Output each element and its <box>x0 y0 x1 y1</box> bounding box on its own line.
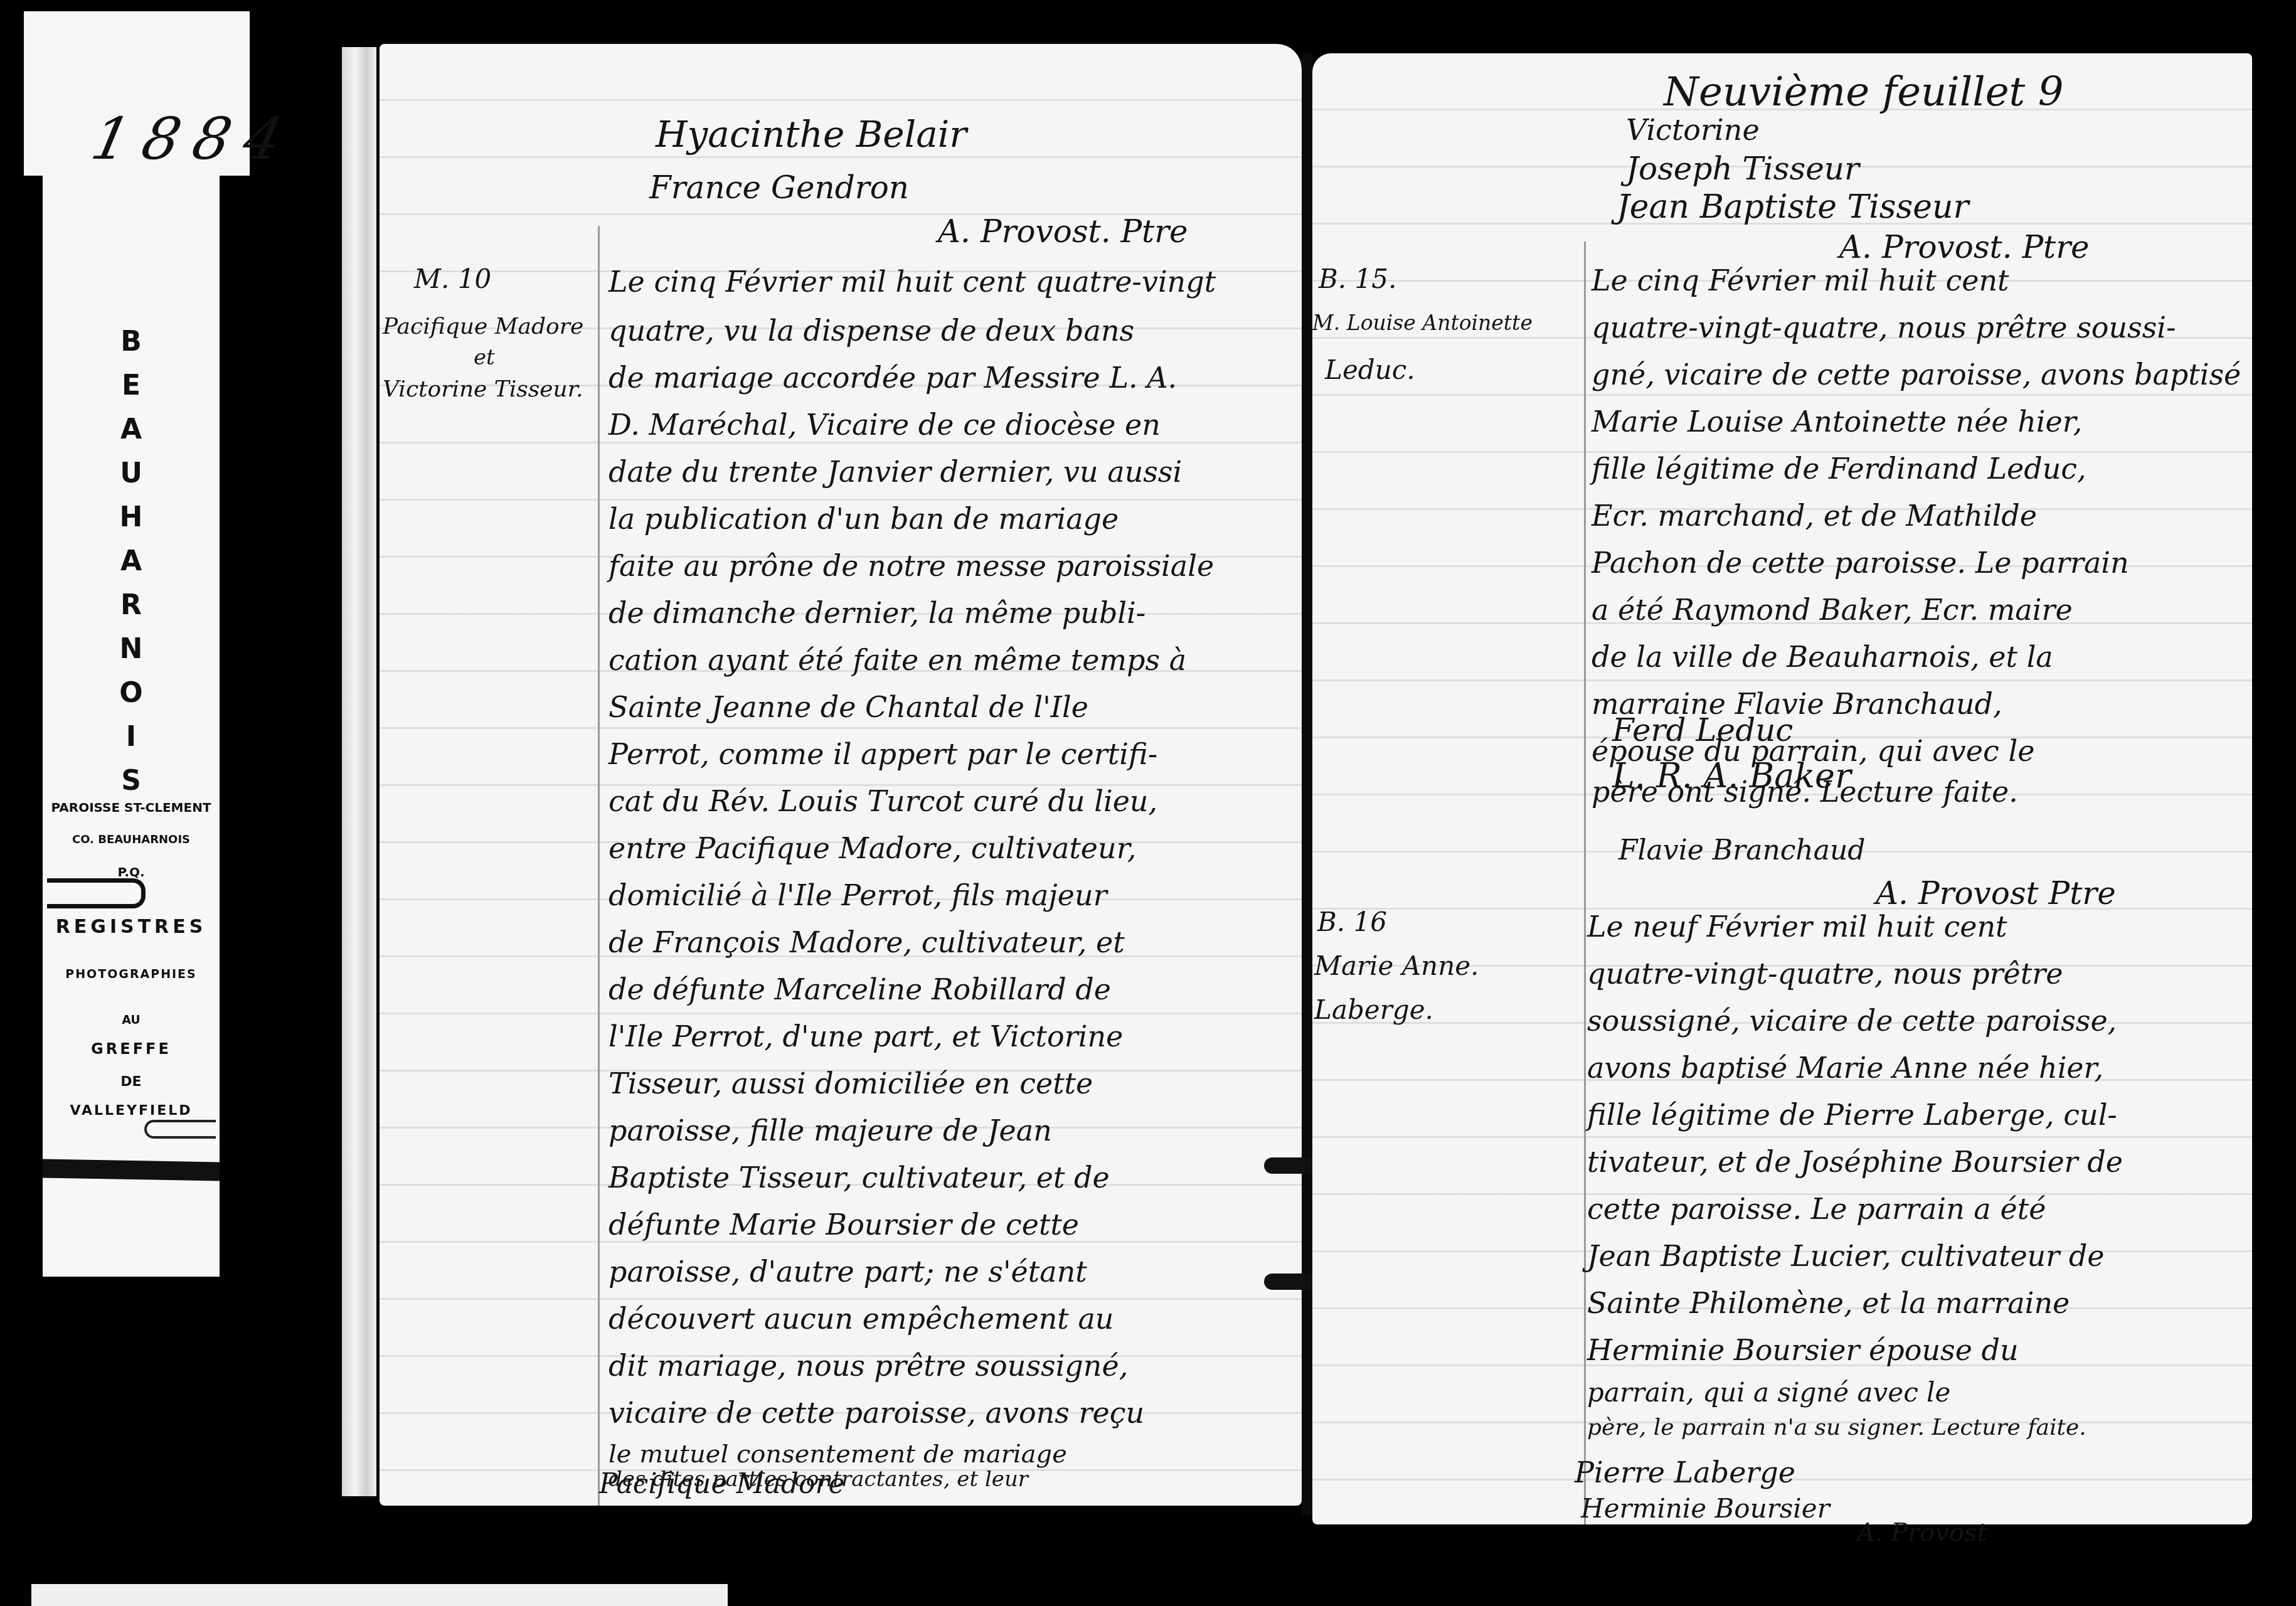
film-edge <box>31 1584 728 1606</box>
text-line: Sainte Jeanne de Chantal de l'Ile <box>609 690 1088 724</box>
text-line: cette paroisse. Le parrain a été <box>1587 1192 2046 1226</box>
margin-rule <box>598 226 600 1506</box>
text-line: quatre-vingt-quatre, nous prêtre <box>1587 957 2063 991</box>
godmother-signature: Flavie Branchaud <box>1618 834 1865 866</box>
margin-name: Marie Anne. <box>1314 950 1479 981</box>
vertical-title: B E A U H A R N O I S <box>43 320 220 803</box>
paper-clip <box>47 878 146 908</box>
margin-name: Laberge. <box>1314 994 1433 1025</box>
text-line: paroisse, d'autre part; ne s'étant <box>609 1255 1087 1289</box>
text-line: soussigné, vicaire de cette paroisse, <box>1587 1004 2117 1038</box>
folio-header: Neuvième feuillet 9 <box>1664 69 2063 115</box>
text-line: de la ville de Beauharnois, et la <box>1592 640 2053 674</box>
text-line: a été Raymond Baker, Ecr. maire <box>1592 593 2073 627</box>
text-line: faite au prône de notre messe paroissial… <box>609 549 1214 583</box>
text-line: quatre-vingt-quatre, nous prêtre soussi- <box>1592 311 2176 344</box>
text-line: Sainte Philomène, et la marraine <box>1587 1286 2070 1320</box>
text-line: de François Madore, cultivateur, et <box>609 925 1125 959</box>
vertical-letter: E <box>122 364 141 408</box>
paper-clip <box>144 1120 216 1139</box>
parish-name: PAROISSE ST-CLEMENT <box>43 800 220 815</box>
text-line: Perrot, comme il appert par le certifi- <box>609 737 1157 771</box>
text-line: fille légitime de Ferdinand Leduc, <box>1592 452 2086 486</box>
text-line: de mariage accordée par Messire L. A. <box>609 361 1177 395</box>
entry-number: B. 16 <box>1317 907 1387 937</box>
vertical-letter: R <box>120 583 142 627</box>
text-line: Pachon de cette paroisse. Le parrain <box>1592 546 2129 580</box>
text-line: de défunte Marceline Robillard de <box>609 972 1111 1006</box>
left-page: Hyacinthe Belair France Gendron A. Provo… <box>380 44 1302 1506</box>
text-line: tivateur, et de Joséphine Boursier de <box>1587 1145 2123 1179</box>
vertical-letter: U <box>120 452 142 496</box>
text-line: Le neuf Février mil huit cent <box>1587 910 2007 944</box>
vertical-letter: A <box>120 540 142 583</box>
father-signature: Pierre Laberge <box>1575 1455 1795 1489</box>
text-line: fille légitime de Pierre Laberge, cul- <box>1587 1098 2117 1132</box>
entry-number: M. 10 <box>414 263 491 294</box>
text-line: date du trente Janvier dernier, vu aussi <box>609 455 1182 489</box>
godfather-signature: L. R. A. Baker <box>1612 756 1851 795</box>
registres-heading: REGISTRES <box>43 916 220 938</box>
text-line: la publication d'un ban de mariage <box>609 502 1119 536</box>
margin-name: Pacifique Madore <box>383 314 583 339</box>
text-line: l'Ile Perrot, d'une part, et Victorine <box>609 1019 1123 1053</box>
text-line: Baptiste Tisseur, cultivateur, et de <box>609 1161 1110 1194</box>
margin-name: M. Louise Antoinette <box>1312 311 1533 335</box>
officiant-signature: A. Provost Ptre <box>1876 875 2116 912</box>
text-line: défunte Marie Boursier de cette <box>609 1208 1079 1242</box>
text-line: Le cinq Février mil huit cent <box>1592 263 2009 297</box>
binding-band <box>43 1159 220 1181</box>
text-line: découvert aucun empêchement au <box>609 1302 1114 1336</box>
text-line: avons baptisé Marie Anne née hier, <box>1587 1051 2103 1085</box>
officiant-signature: A. Provost. Ptre <box>1839 229 2090 265</box>
vertical-letter: S <box>121 759 141 803</box>
province: P.Q. <box>43 864 220 880</box>
vertical-letter: N <box>120 627 143 671</box>
text-line: paroisse, fille majeure de Jean <box>609 1114 1052 1147</box>
text-line: domicilié à l'Ile Perrot, fils majeur <box>609 878 1107 912</box>
text-line: vicaire de cette paroisse, avons reçu <box>609 1396 1144 1430</box>
text-line: entre Pacifique Madore, cultivateur, <box>609 831 1136 865</box>
signature: Victorine <box>1626 113 1760 147</box>
text-line: Tisseur, aussi domiciliée en cette <box>609 1066 1093 1100</box>
text-line: gné, vicaire de cette paroisse, avons ba… <box>1592 358 2241 391</box>
groom-signature: Pacifique Madore <box>599 1468 844 1500</box>
officiant-signature: A. Provost. Ptre <box>938 213 1188 250</box>
margin-conjunction: et <box>474 345 495 370</box>
father-signature: Ferd Leduc <box>1612 712 1793 748</box>
text-line: Le cinq Février mil huit cent quatre-vin… <box>609 265 1216 299</box>
margin-name: Leduc. <box>1325 354 1415 385</box>
text-line: le mutuel consentement de mariage <box>609 1440 1067 1469</box>
officiant-signature: A. Provost <box>1857 1518 1987 1547</box>
text-line: Marie Louise Antoinette née hier, <box>1592 405 2082 439</box>
de-label: DE <box>43 1074 220 1090</box>
vertical-letter: I <box>126 715 136 759</box>
signature: Hyacinthe Belair <box>656 113 967 156</box>
signature: France Gendron <box>649 169 909 206</box>
vertical-letter: A <box>120 408 142 452</box>
text-line: cation ayant été faite en même temps à <box>609 643 1186 677</box>
text-line: de dimanche dernier, la même publi- <box>609 596 1145 630</box>
signature: Jean Baptiste Tisseur <box>1617 188 1969 226</box>
page-stack-edge <box>342 47 376 1496</box>
vertical-letter: B <box>120 320 142 364</box>
book-gutter <box>1302 53 1312 1515</box>
text-line: dit mariage, nous prêtre soussigné, <box>609 1349 1128 1383</box>
valleyfield-label: VALLEYFIELD <box>43 1103 220 1119</box>
signature: Joseph Tisseur <box>1626 151 1859 187</box>
text-line: Herminie Boursier épouse du <box>1587 1333 2019 1367</box>
text-line: Ecr. marchand, et de Mathilde <box>1592 499 2037 533</box>
text-line: parrain, qui a signé avec le <box>1587 1377 1950 1408</box>
margin-name: Victorine Tisseur. <box>383 376 583 402</box>
entry-number: B. 15. <box>1319 263 1396 294</box>
greffe-label: GREFFE <box>43 1040 220 1058</box>
county-name: CO. BEAUHARNOIS <box>43 833 220 846</box>
year-label: 1884 <box>86 105 302 173</box>
margin-rule <box>1584 242 1586 1524</box>
vertical-letter: O <box>119 671 142 715</box>
text-line: Jean Baptiste Lucier, cultivateur de <box>1587 1239 2105 1273</box>
photographies-label: PHOTOGRAPHIES <box>43 967 220 981</box>
text-line: D. Maréchal, Vicaire de ce diocèse en <box>609 408 1161 442</box>
text-line: père, le parrain n'a su signer. Lecture … <box>1587 1415 2086 1440</box>
text-line: cat du Rév. Louis Turcot curé du lieu, <box>609 784 1157 818</box>
godmother-signature: Herminie Boursier <box>1581 1493 1830 1524</box>
au-label: AU <box>43 1013 220 1027</box>
archive-label-strip: B E A U H A R N O I S PAROISSE ST-CLEMEN… <box>43 176 220 1277</box>
year-label-card: 1884 <box>24 11 250 176</box>
vertical-letter: H <box>120 496 143 540</box>
text-line: quatre, vu la dispense de deux bans <box>609 314 1134 348</box>
